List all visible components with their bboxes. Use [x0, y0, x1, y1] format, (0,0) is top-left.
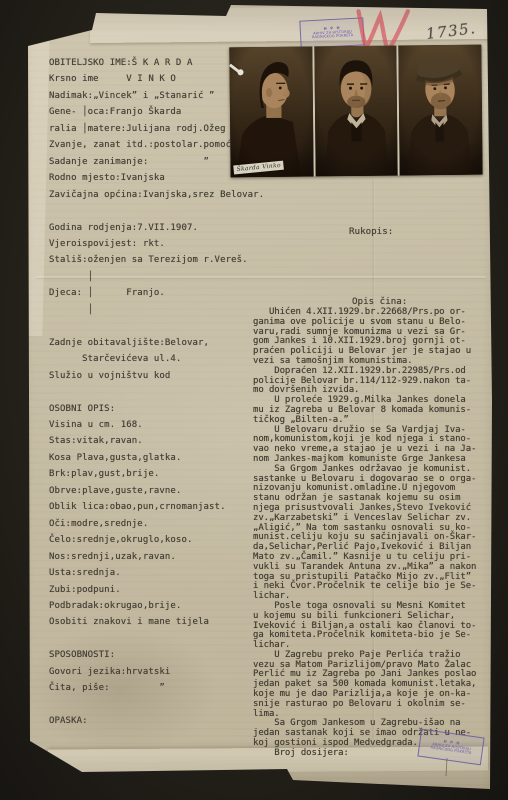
- archive-photo-backdrop: H P H ARHIV ZA HISTORIJU RADNIČKOG POKRE…: [0, 0, 508, 800]
- identity-fields-block: OBITELJSKO IME:Š K A R D A Krsno ime V I…: [49, 55, 264, 730]
- paper-torn-edge: [20, 36, 49, 336]
- archive-stamp-text: H P H ARHIV ZA HISTORIJU RADNIČKOG POKRE…: [311, 26, 353, 40]
- mugshot-frontal-photo: [314, 46, 398, 177]
- rukopis-label: Rukopis:: [349, 226, 393, 237]
- stamp-line-3: RADNIČKOG POKRETA: [311, 34, 353, 40]
- opis-cina-body: Uhićen 4.XII.1929.br.22668/Prs.po or- ga…: [253, 308, 491, 759]
- mugshot-cap-drawing: [399, 45, 483, 176]
- mugshot-frontal-drawing: [314, 46, 398, 177]
- opis-cina-label: Opis čina:: [352, 296, 407, 307]
- police-record-card: H P H ARHIV ZA HISTORIJU RADNIČKOG POKRE…: [0, 0, 508, 800]
- mugshot-strip: Škarda Vinko: [229, 45, 482, 178]
- mugshot-cap-photo: [399, 45, 483, 176]
- archive-stamp-text: H P H ARHIV ZA HISTORIJU RADNIČKOG POKRE…: [430, 738, 473, 756]
